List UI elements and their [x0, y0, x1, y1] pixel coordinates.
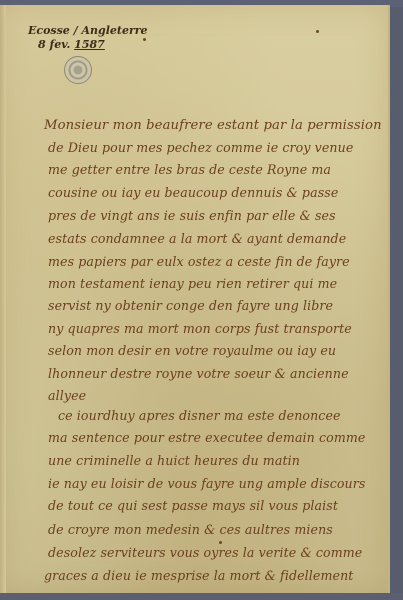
letter-line: de tout ce qui sest passe mays sil vous …: [48, 498, 338, 513]
letter-line: servist ny obtenir conge den fayre ung l…: [48, 298, 333, 313]
letter-line: desolez serviteurs vous oyres la verite …: [48, 545, 362, 560]
letter-line: allyee: [48, 388, 86, 403]
letter-line: ce iourdhuy apres disner ma este denonce…: [58, 408, 341, 423]
archival-docket: Ecosse / Angleterre 8 fev. 1587: [28, 24, 148, 52]
letter-line: pres de vingt ans ie suis enfin par elle…: [48, 208, 336, 223]
ink-spot: [316, 30, 319, 33]
letter-line: une criminelle a huict heures du matin: [48, 453, 300, 468]
ink-spot: [219, 541, 222, 544]
letter-line: selon mon desir en votre royaulme ou iay…: [48, 343, 336, 358]
letter-line: ie nay eu loisir de vous fayre ung ample…: [48, 476, 365, 491]
letter-line: de croyre mon medesin & ces aultres mien…: [48, 522, 333, 537]
letter-line: ny quapres ma mort mon corps fust transp…: [48, 321, 352, 336]
docket-year: 1587: [74, 38, 105, 51]
letter-line: me getter entre les bras de ceste Royne …: [48, 162, 331, 177]
letter-line: graces a dieu ie mesprise la mort & fide…: [44, 568, 353, 583]
page-edge: [0, 5, 6, 593]
letter-line: mes papiers par eulx ostez a ceste fin d…: [48, 254, 350, 269]
letter-line: lhonneur destre royne votre soeur & anci…: [48, 366, 349, 381]
letter-line: estats condamnee a la mort & ayant deman…: [48, 231, 346, 246]
letter-line: de Dieu pour mes pechez comme ie croy ve…: [48, 140, 353, 155]
letter-line: ma sentence pour estre executee demain c…: [48, 430, 365, 445]
scan-border-bottom: [0, 593, 403, 600]
docket-date: 8 fev.: [38, 38, 74, 51]
letter-line: Monsieur mon beaufrere estant par la per…: [44, 118, 382, 133]
letter-line: cousine ou iay eu beaucoup dennuis & pas…: [48, 185, 338, 200]
library-stamp-icon: [64, 56, 92, 84]
docket-line-1: Ecosse / Angleterre: [28, 24, 148, 38]
ink-spot: [143, 38, 146, 41]
letter-line: mon testament ienay peu rien retirer qui…: [48, 276, 337, 291]
docket-line-2: 8 fev. 1587: [28, 38, 148, 52]
